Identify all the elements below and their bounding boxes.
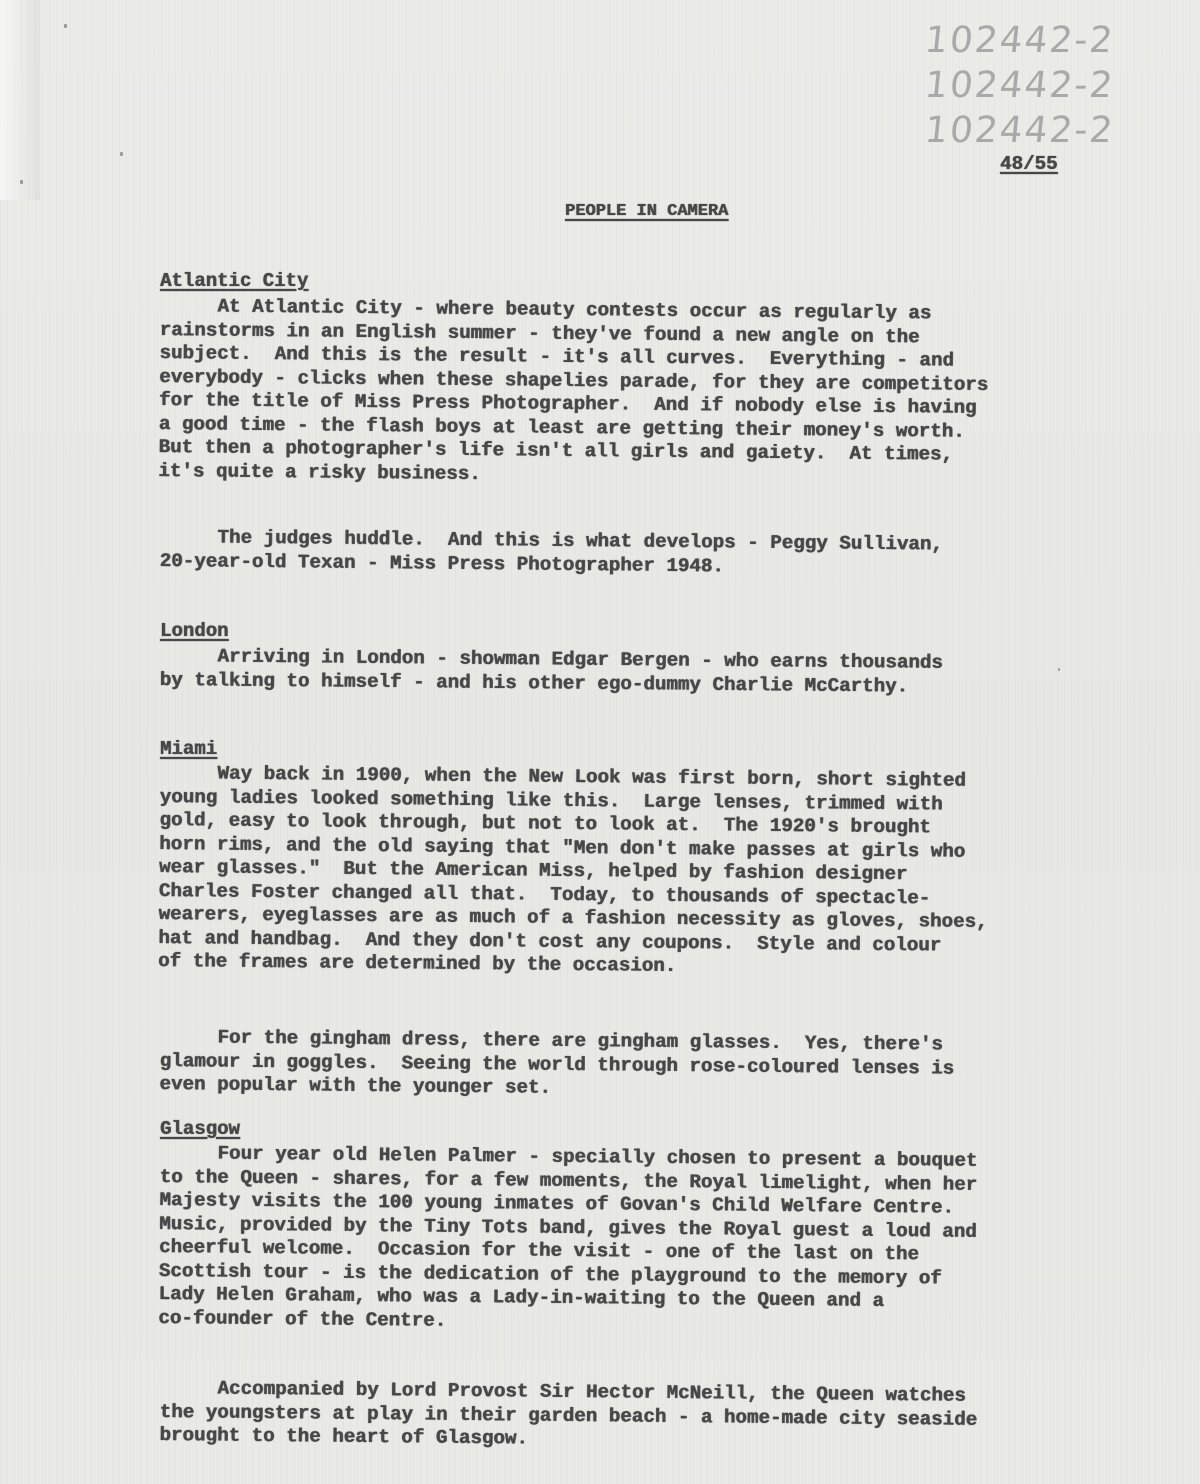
paper-speck: [64, 24, 67, 28]
paper-speck: [120, 152, 123, 156]
section-heading-glasgow: Glasgow: [160, 1118, 240, 1140]
page-reference: 48/55: [1000, 153, 1058, 175]
section-heading-atlantic-city: Atlantic City: [160, 270, 308, 292]
paragraph: Arriving in London - showman Edgar Berge…: [160, 645, 1060, 700]
handwritten-reference-numbers: 102442-2 102442-2 102442-2: [925, 18, 1185, 153]
document-title: PEOPLE IN CAMERA: [565, 202, 728, 221]
page-edge-shadow: [0, 0, 40, 200]
section-heading-miami: Miami: [160, 738, 217, 760]
paragraph: Accompanied by Lord Provost Sir Hector M…: [159, 1377, 1060, 1456]
paragraph: Way back in 1900, when the New Look was …: [158, 762, 1060, 982]
section-heading-london: London: [160, 620, 228, 642]
paragraph: At Atlantic City - where beauty contests…: [158, 295, 1060, 492]
paragraph: For the gingham dress, there are gingham…: [159, 1026, 1060, 1105]
paragraph: Four year old Helen Palmer - specially c…: [158, 1142, 1060, 1339]
paragraph: The judges huddle. And this is what deve…: [160, 526, 1060, 582]
handwritten-number: 102442-2: [923, 63, 1188, 108]
scanned-page: 102442-2 102442-2 102442-2 48/55 PEOPLE …: [0, 0, 1200, 1484]
handwritten-number: 102442-2: [923, 108, 1188, 153]
paper-speck: [20, 180, 23, 184]
handwritten-number: 102442-2: [923, 18, 1188, 63]
